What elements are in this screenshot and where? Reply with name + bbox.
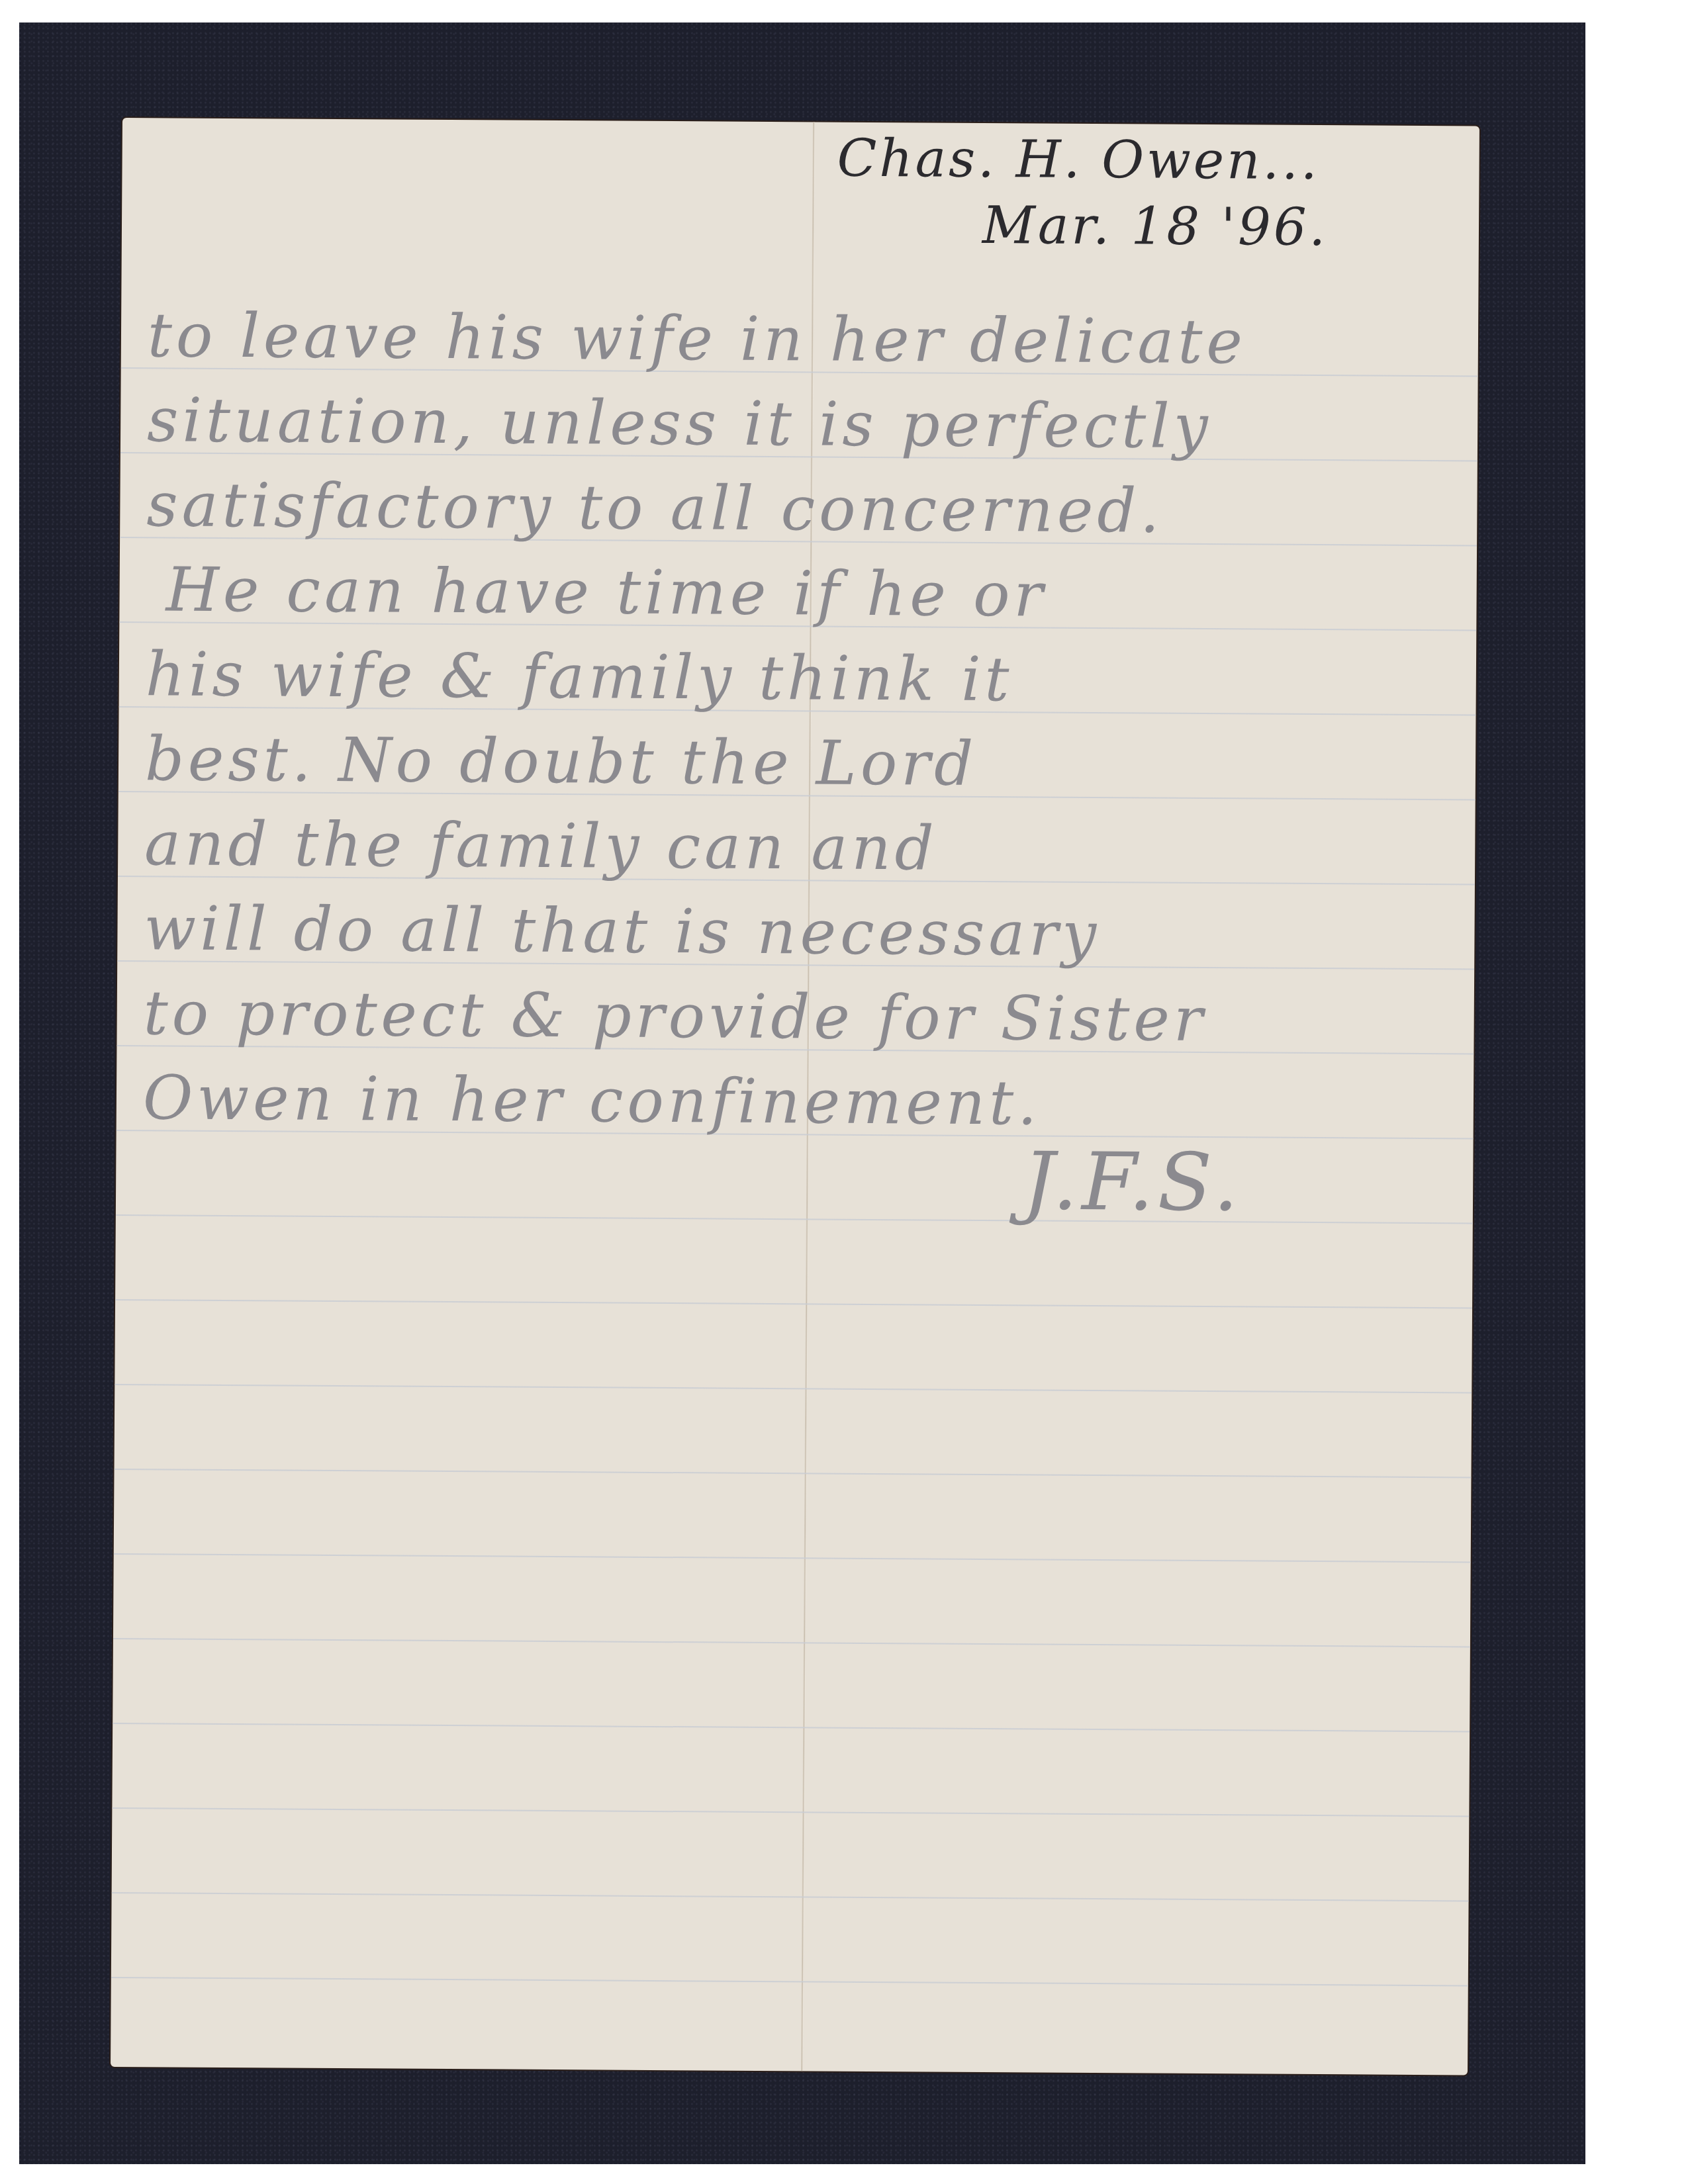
body-line: He can have time if he or bbox=[165, 554, 1047, 630]
body-line: and the family can and bbox=[144, 808, 938, 884]
ruled-line bbox=[112, 1807, 1469, 1817]
body-line: to protect & provide for Sister bbox=[143, 978, 1207, 1055]
body-line: to leave his wife in her delicate bbox=[148, 300, 1246, 377]
ruled-line bbox=[113, 1723, 1470, 1733]
date-heading: Mar. 18 '96. bbox=[982, 196, 1329, 257]
letter-sheet: Chas. H. Owen... Mar. 18 '96. to leave h… bbox=[111, 118, 1479, 2075]
body-line: satisfactory to all concerned. bbox=[146, 469, 1164, 546]
ruled-line bbox=[115, 1384, 1472, 1394]
ruled-line bbox=[116, 1214, 1473, 1224]
signature-initials: J.F.S. bbox=[1023, 1136, 1243, 1229]
ruled-line bbox=[114, 1553, 1471, 1563]
ruled-line bbox=[112, 1892, 1469, 1902]
ruled-line bbox=[115, 1469, 1472, 1479]
body-line: his wife & family think it bbox=[146, 639, 1013, 715]
ruled-line bbox=[111, 1977, 1468, 1987]
body-line: best. No doubt the Lord bbox=[145, 723, 978, 799]
body-line: Owen in her confinement. bbox=[143, 1062, 1041, 1138]
body-line: situation, unless it is perfectly bbox=[147, 385, 1212, 462]
ruled-line bbox=[113, 1638, 1470, 1648]
addressee-heading: Chas. H. Owen... bbox=[837, 129, 1320, 191]
body-line: will do all that is necessary bbox=[144, 893, 1100, 970]
ruled-line bbox=[115, 1299, 1472, 1309]
